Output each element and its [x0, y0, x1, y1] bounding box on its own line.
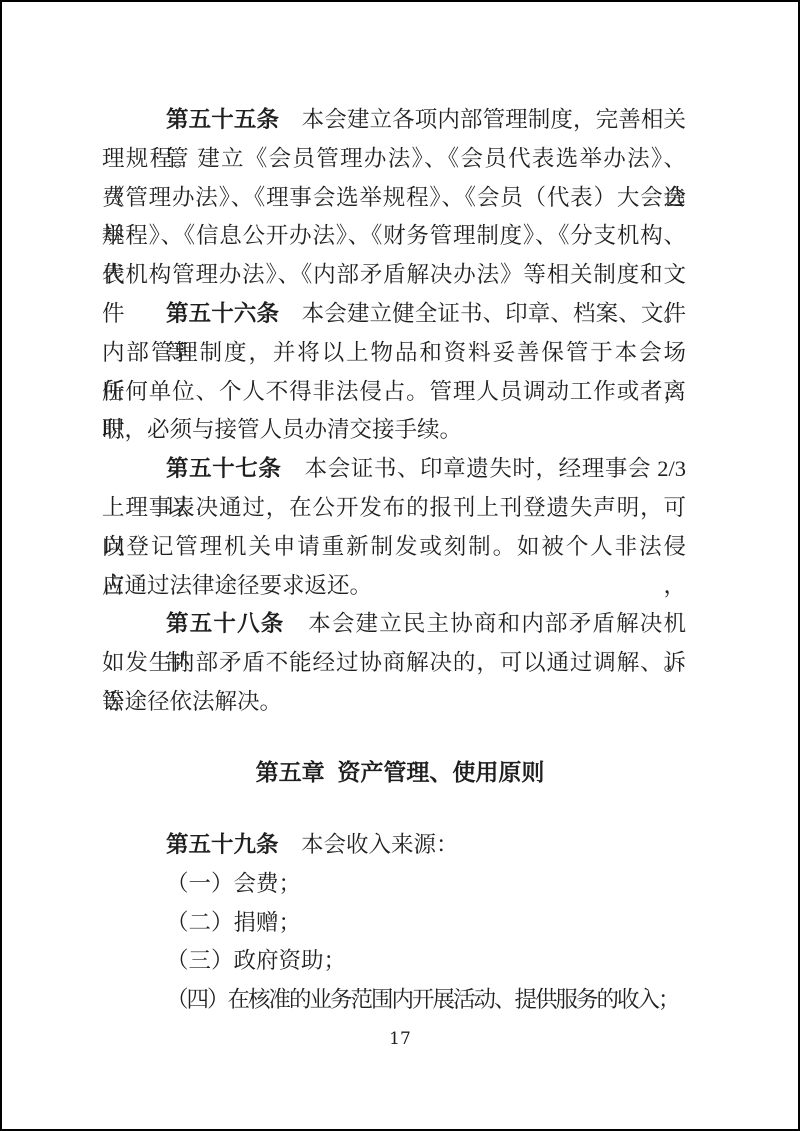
- article-number: 第五十五条: [166, 107, 279, 132]
- article-line: 表机构管理办法》、《内部矛盾解决办法》等相关制度和文件。: [102, 256, 686, 295]
- article-number: 第五十八条: [166, 611, 284, 636]
- article-line: 规程》、《信息公开办法》、《财务管理制度》、《分支机构、代: [102, 217, 686, 256]
- chapter-heading: 第五章 资产管理、使用原则: [2, 753, 798, 792]
- article-first-line: 第五十六条 本会建立健全证书、印章、档案、文件等: [102, 295, 686, 334]
- article-line: 时，必须与接管人员办清交接手续。: [102, 411, 686, 450]
- article-number: 第五十六条: [166, 301, 279, 326]
- list-item: （一）会费；: [102, 865, 686, 904]
- article-line: 如发生内部矛盾不能经过协商解决的，可以通过调解、诉讼: [102, 644, 686, 683]
- article-first-line: 第五十九条 本会收入来源：: [102, 826, 686, 865]
- article-line: 等途径依法解决。: [102, 683, 686, 722]
- article-first-line: 第五十五条 本会建立各项内部管理制度，完善相关管: [102, 101, 686, 140]
- list-item: （四）在核准的业务范围内开展活动、提供服务的收入；: [102, 981, 686, 1020]
- article-number: 第五十七条: [166, 456, 281, 481]
- article-line: 上理事表决通过，在公开发布的报刊上刊登遗失声明，可以: [102, 489, 686, 528]
- document-page: 第五十五条 本会建立各项内部管理制度，完善相关管理规程。建立《会员管理办法》、《…: [0, 0, 800, 1131]
- page-number: 17: [2, 1029, 798, 1049]
- article-line: 费管理办法》、《理事会选举规程》、《会员（代表）大会选举: [102, 179, 686, 218]
- article-line: 理规程。建立《会员管理办法》、《会员代表选举办法》、《会: [102, 140, 686, 179]
- list-item: （二）捐赠；: [102, 904, 686, 943]
- article-line: 内部管理制度，并将以上物品和资料妥善保管于本会场所，: [102, 334, 686, 373]
- income-section: 第五十九条 本会收入来源：（一）会费；（二）捐赠；（三）政府资助；（四）在核准的…: [102, 826, 686, 1020]
- article-first-line: 第五十八条 本会建立民主协商和内部矛盾解决机制。: [102, 605, 686, 644]
- list-item: （三）政府资助；: [102, 942, 686, 981]
- article-line: 任何单位、个人不得非法侵占。管理人员调动工作或者离职: [102, 373, 686, 412]
- article-first-line: 第五十七条 本会证书、印章遗失时，经理事会 2/3 以: [102, 450, 686, 489]
- article-number: 第五十九条: [166, 832, 279, 857]
- article-text: 本会收入来源：: [279, 832, 459, 857]
- article-line: 向登记管理机关申请重新制发或刻制。如被个人非法侵占，: [102, 528, 686, 567]
- articles-block: 第五十五条 本会建立各项内部管理制度，完善相关管理规程。建立《会员管理办法》、《…: [102, 101, 686, 722]
